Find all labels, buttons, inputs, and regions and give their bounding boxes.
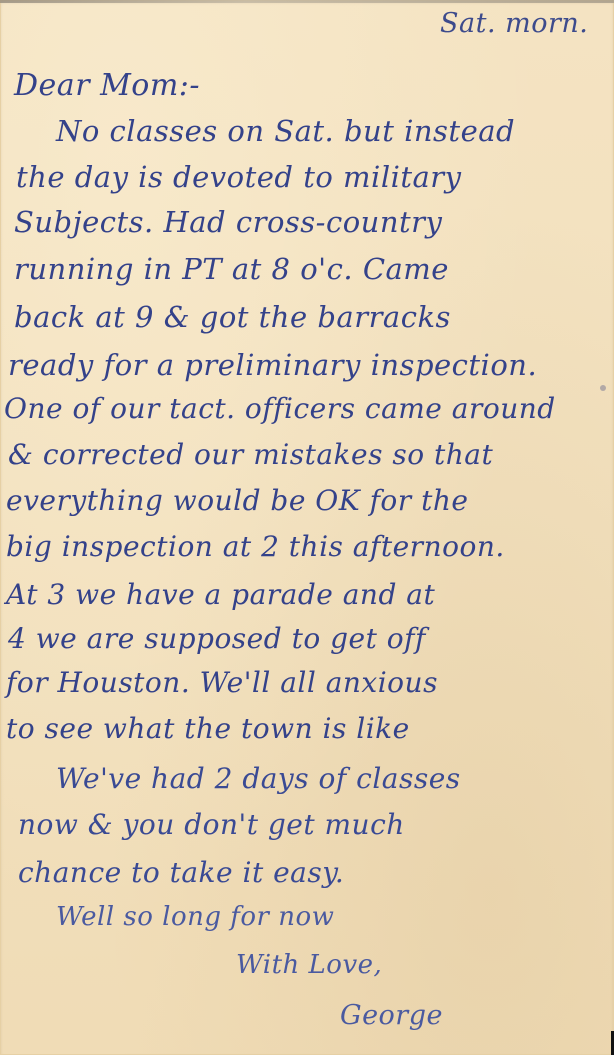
body-line: to see what the town is like	[6, 712, 410, 745]
body-line: running in PT at 8 o'c. Came	[14, 252, 449, 286]
body-line: We've had 2 days of classes	[56, 762, 461, 795]
body-line: now & you don't get much	[18, 808, 405, 841]
body-line: the day is devoted to military	[16, 160, 462, 194]
body-line: everything would be OK for the	[6, 484, 468, 517]
body-line: back at 9 & got the barracks	[14, 300, 451, 334]
body-line: 4 we are supposed to get off	[8, 622, 426, 655]
salutation: Dear Mom:-	[14, 68, 200, 103]
date-line: Sat. morn.	[440, 8, 588, 39]
body-line: Subjects. Had cross-country	[14, 205, 442, 239]
body-line: At 3 we have a parade and at	[6, 578, 435, 611]
body-line: One of our tact. officers came around	[4, 392, 556, 425]
body-line: ready for a preliminary inspection.	[8, 348, 537, 382]
paper-top-edge	[0, 0, 614, 3]
body-line: & corrected our mistakes so that	[8, 438, 493, 471]
body-line: No classes on Sat. but instead	[56, 114, 515, 148]
body-line: big inspection at 2 this afternoon.	[6, 530, 505, 563]
body-line: chance to take it easy.	[18, 856, 344, 889]
closing-line: Well so long for now	[56, 902, 334, 932]
letter-page: Sat. morn. Dear Mom:- No classes on Sat.…	[0, 0, 614, 1055]
body-line: for Houston. We'll all anxious	[6, 666, 438, 699]
closing-line: With Love,	[236, 950, 382, 980]
signature: George	[340, 1000, 443, 1031]
ink-smudge	[600, 385, 606, 391]
